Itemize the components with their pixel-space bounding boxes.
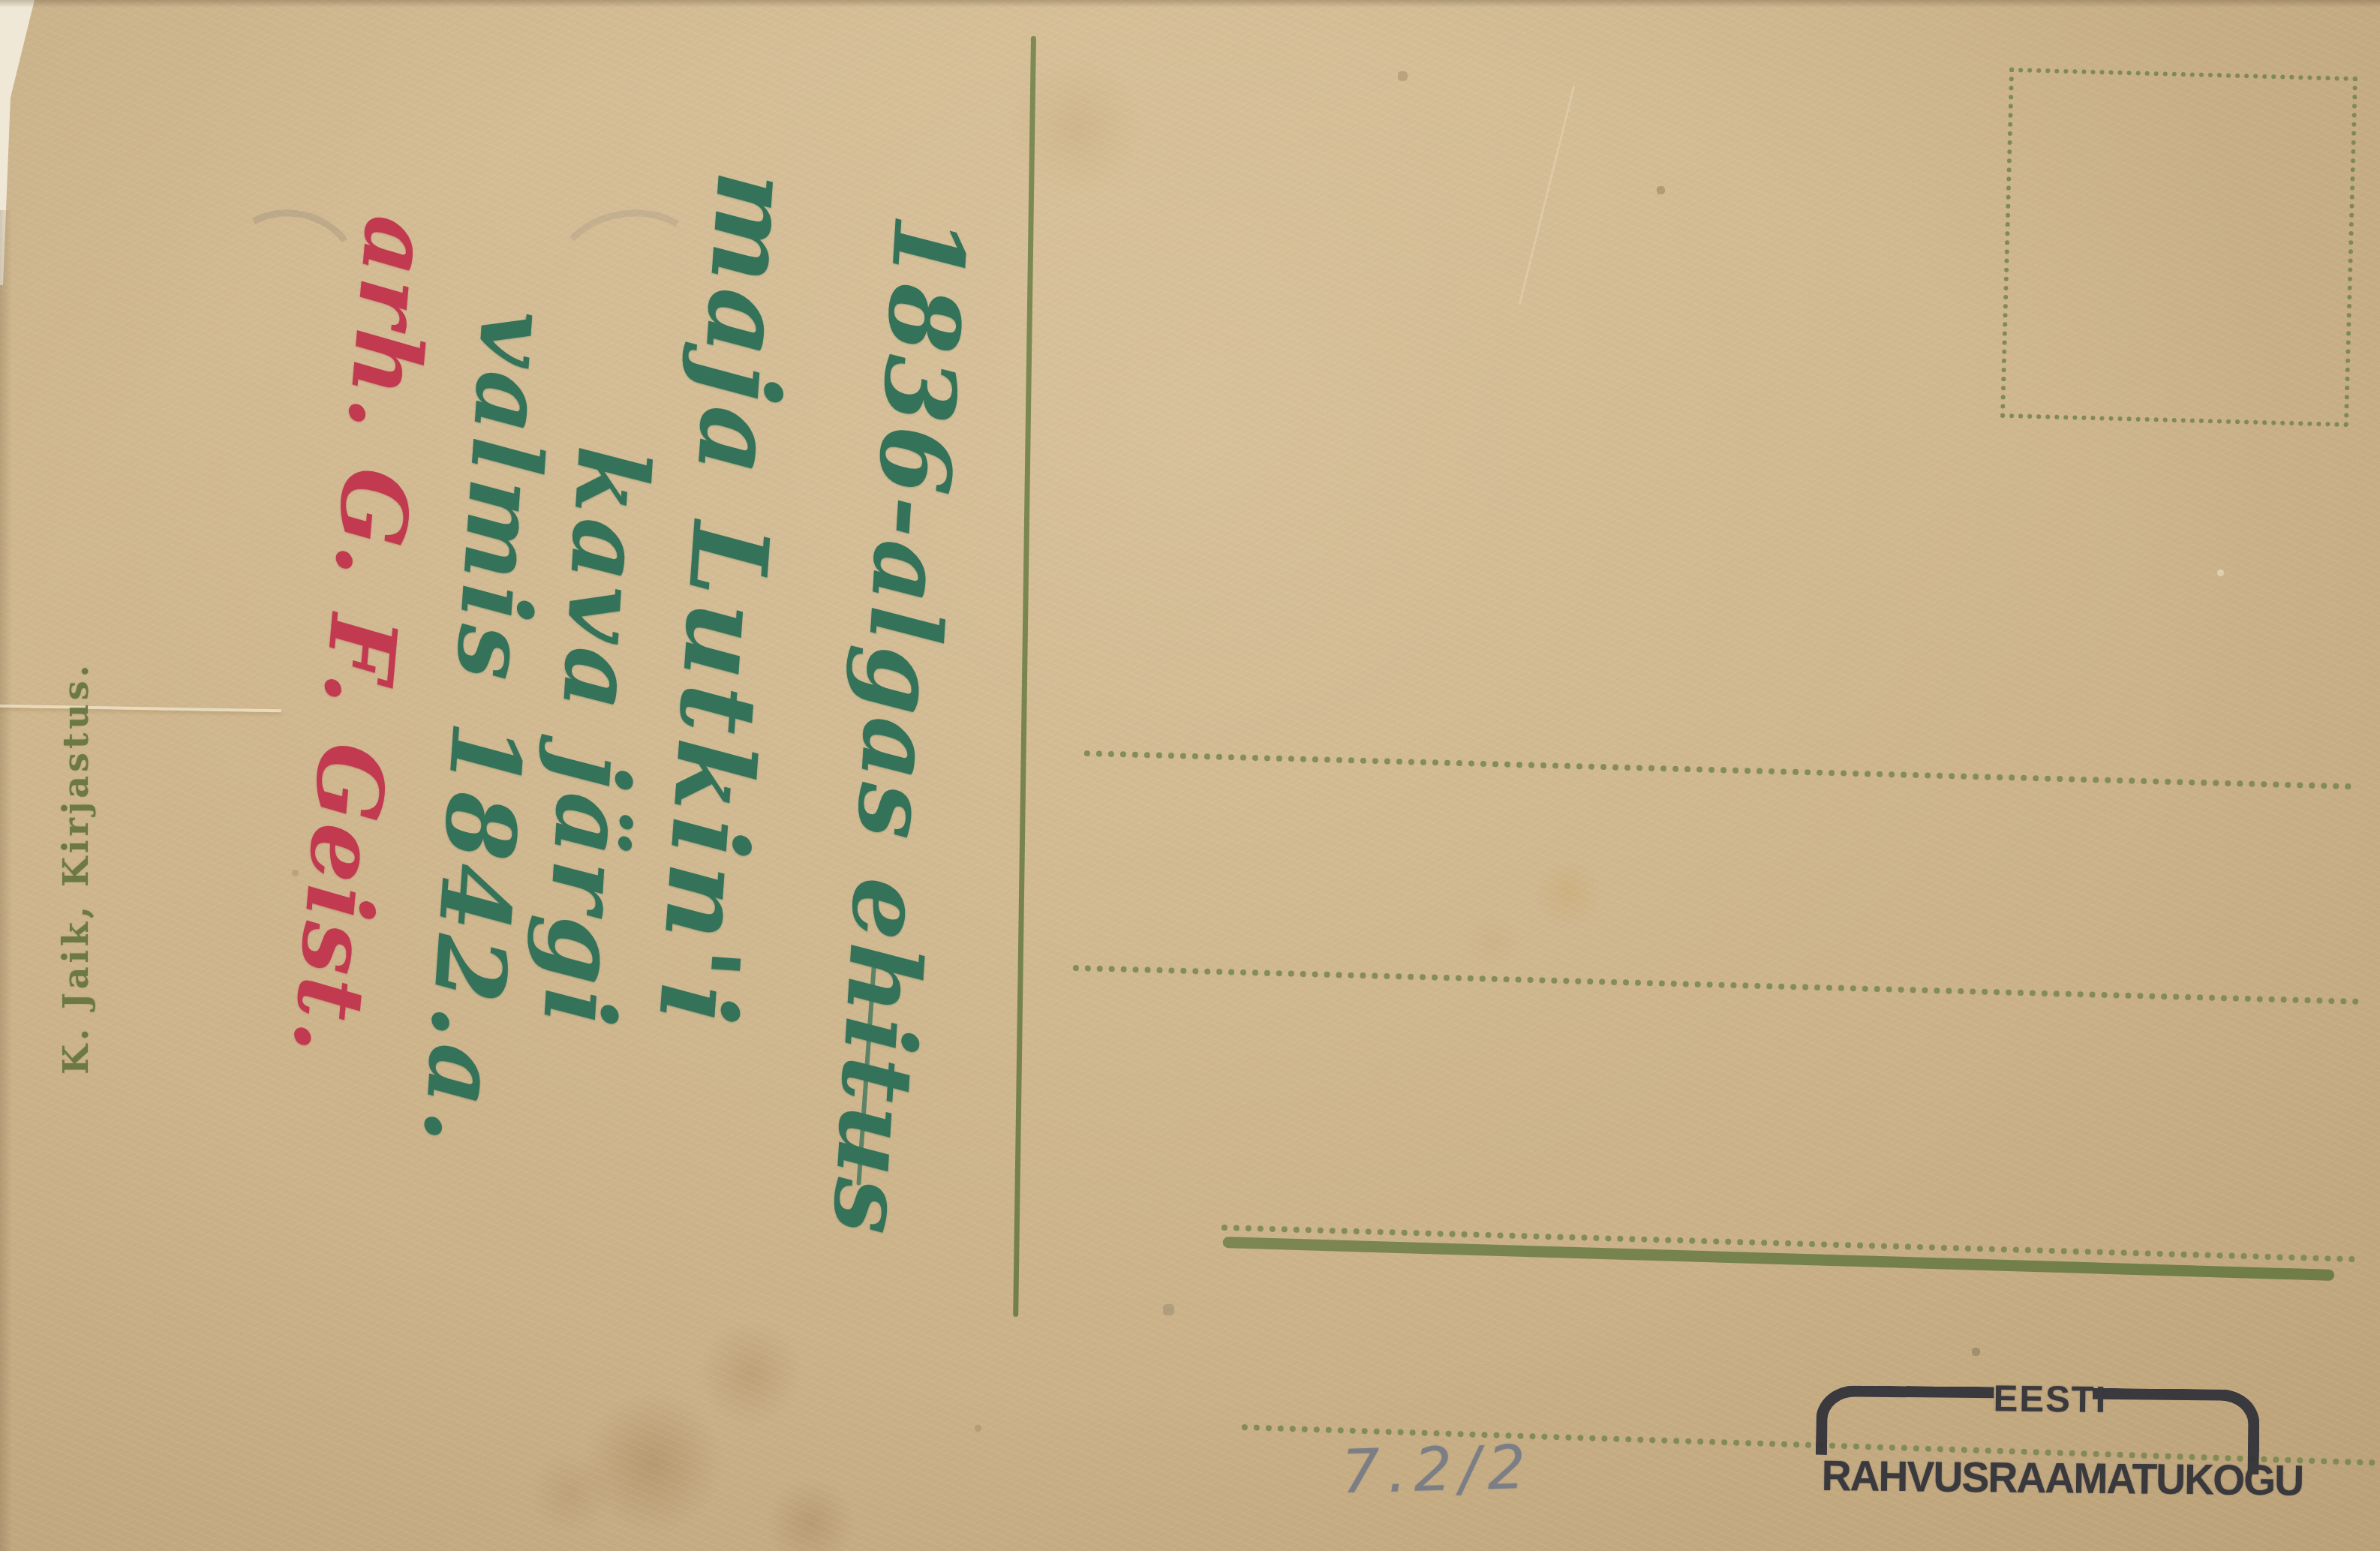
card-left-edge-shadow xyxy=(0,210,12,1551)
address-line-2 xyxy=(1073,965,2360,1005)
stamp-frame-left xyxy=(1816,1385,1994,1456)
postcard-scan: K. Jaik, Kirjastus. 1836-algas ehitus ma… xyxy=(0,0,2380,1551)
stamp-text-rahvusraamatukogu: RAHVUSRAAMATUKOGU xyxy=(1821,1451,2303,1506)
publisher-imprint: K. Jaik, Kirjastus. xyxy=(56,594,96,1075)
paper-crease-faint xyxy=(1519,86,1575,305)
card-top-edge-shadow xyxy=(0,0,2380,8)
address-line-1 xyxy=(1084,750,2352,789)
library-stamp: EESTI RAHVUSRAAMATUKOGU xyxy=(1815,1375,2267,1522)
postage-stamp-box xyxy=(2000,68,2357,427)
paper-crease xyxy=(0,705,281,713)
handwriting-green-line-1: 1836-algas ehitus xyxy=(810,211,987,1240)
foxing-specks xyxy=(0,0,2,2)
stamp-text-eesti: EESTI xyxy=(1993,1378,2107,1421)
center-divider-line xyxy=(1013,36,1036,1317)
pencil-shelfmark: 7.2/2 xyxy=(1341,1432,1534,1507)
